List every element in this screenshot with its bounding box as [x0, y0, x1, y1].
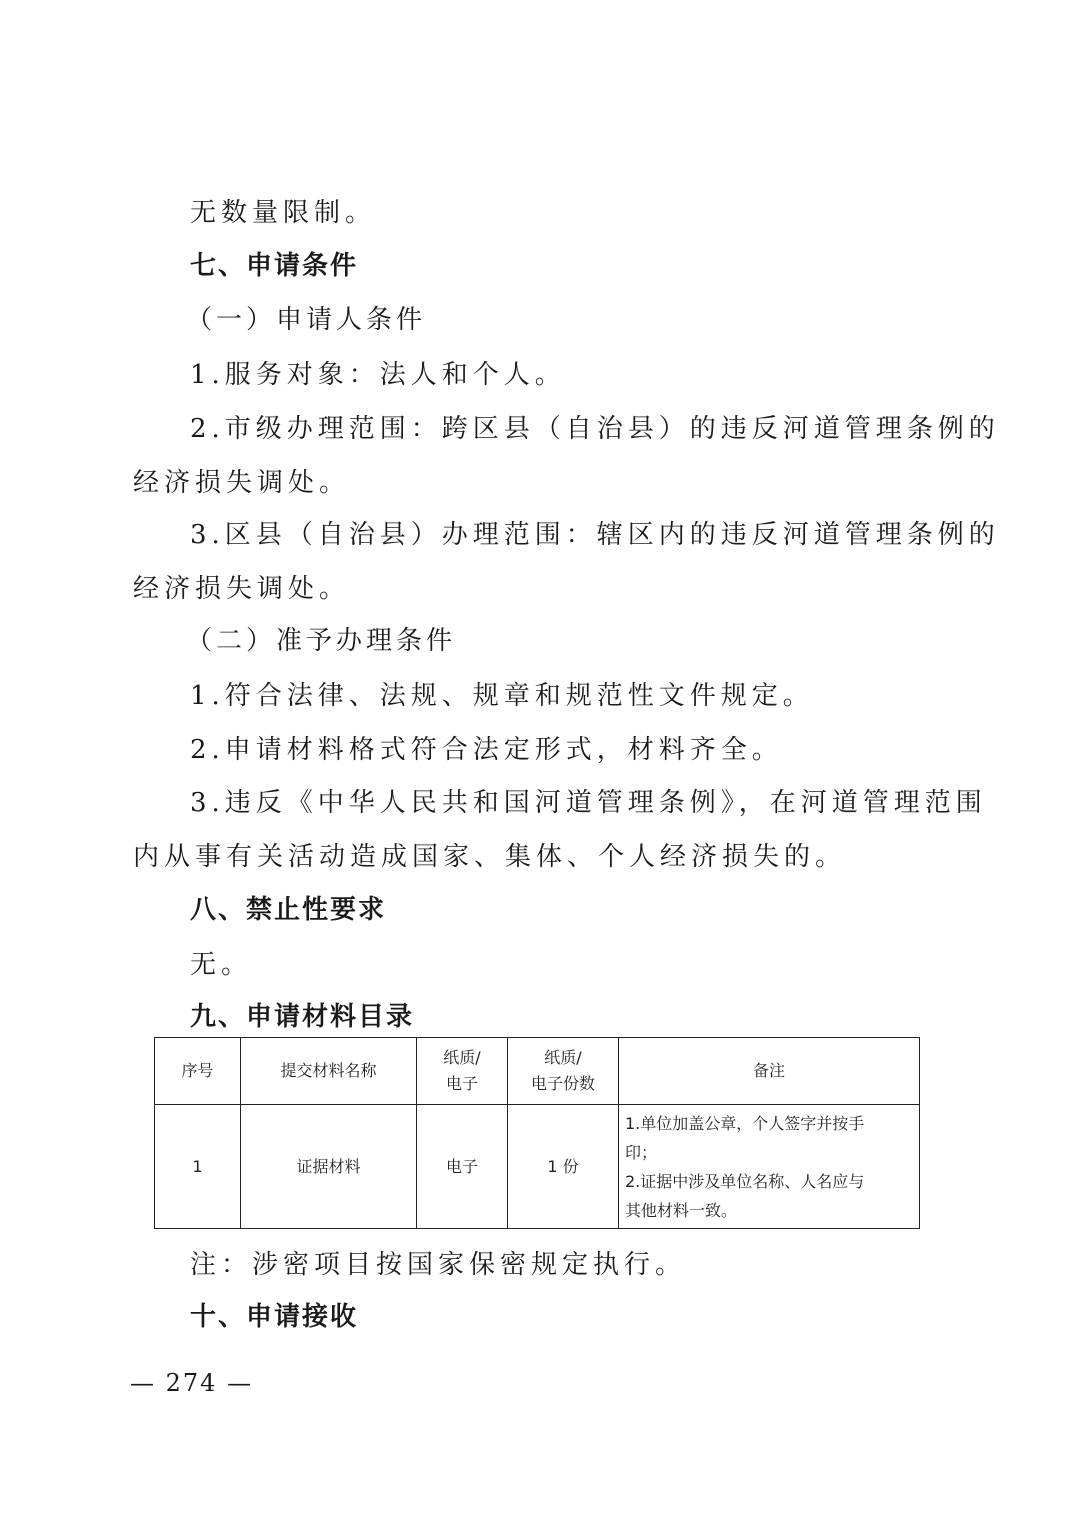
header-remark: 备注 — [619, 1038, 920, 1105]
cell-remark: 1.单位加盖公章，个人签字并按手 印； 2.证据中涉及单位名称、人名应与 其他材… — [619, 1105, 920, 1229]
paragraph-text: 2.市级办理范围：跨区县（自治县）的违反河道管理条例的 — [190, 412, 1000, 446]
header-no: 序号 — [155, 1038, 241, 1105]
header-type: 纸质/电子 — [417, 1038, 508, 1105]
paragraph-text: 经济损失调处。 — [133, 466, 350, 500]
cell-no: 1 — [155, 1105, 241, 1229]
section-heading-7: 七、申请条件 — [190, 249, 358, 283]
remark-line: 印； — [625, 1143, 657, 1162]
paragraph-text: 1.符合法律、法规、规章和规范性文件规定。 — [190, 679, 814, 713]
cell-type: 电子 — [417, 1105, 508, 1229]
section-heading-9: 九、申请材料目录 — [190, 1000, 414, 1034]
note-text: 注：涉密项目按国家保密规定执行。 — [190, 1248, 686, 1282]
paragraph-text: 内从事有关活动造成国家、集体、个人经济损失的。 — [133, 840, 846, 874]
remark-line: 1.单位加盖公章，个人签字并按手 — [625, 1114, 864, 1133]
page-number: — 274 — — [130, 1369, 253, 1397]
materials-table: 序号 提交材料名称 纸质/电子 纸质/电子份数 备注 1 证据材料 电子 1 份… — [154, 1037, 920, 1229]
header-type-line2: 电子 — [446, 1074, 478, 1093]
table-header-row: 序号 提交材料名称 纸质/电子 纸质/电子份数 备注 — [155, 1038, 920, 1105]
cell-count: 1 份 — [508, 1105, 619, 1229]
remark-line: 其他材料一致。 — [625, 1201, 737, 1220]
paragraph-text: 3.违反《中华人民共和国河道管理条例》，在河道管理范围 — [190, 786, 987, 820]
cell-material-name: 证据材料 — [241, 1105, 417, 1229]
paragraph-text: 3.区县（自治县）办理范围：辖区内的违反河道管理条例的 — [190, 518, 1000, 552]
header-count: 纸质/电子份数 — [508, 1038, 619, 1105]
paragraph-text: 1.服务对象：法人和个人。 — [190, 358, 566, 392]
paragraph-text: 无数量限制。 — [190, 196, 376, 230]
section-heading-10: 十、申请接收 — [190, 1300, 358, 1334]
remark-line: 2.证据中涉及单位名称、人名应与 — [625, 1172, 864, 1191]
header-type-line1: 纸质/ — [443, 1048, 480, 1067]
section-heading-8: 八、禁止性要求 — [190, 893, 386, 927]
subsection-heading-2: （二）准予办理条件 — [186, 624, 456, 658]
paragraph-text: 经济损失调处。 — [133, 572, 350, 606]
subsection-heading-1: （一）申请人条件 — [186, 303, 426, 337]
header-material-name: 提交材料名称 — [241, 1038, 417, 1105]
header-count-line1: 纸质/ — [544, 1048, 581, 1067]
header-count-line2: 电子份数 — [531, 1074, 595, 1093]
table-row: 1 证据材料 电子 1 份 1.单位加盖公章，个人签字并按手 印； 2.证据中涉… — [155, 1105, 920, 1229]
paragraph-text: 无。 — [190, 948, 252, 982]
paragraph-text: 2.申请材料格式符合法定形式，材料齐全。 — [190, 733, 783, 767]
